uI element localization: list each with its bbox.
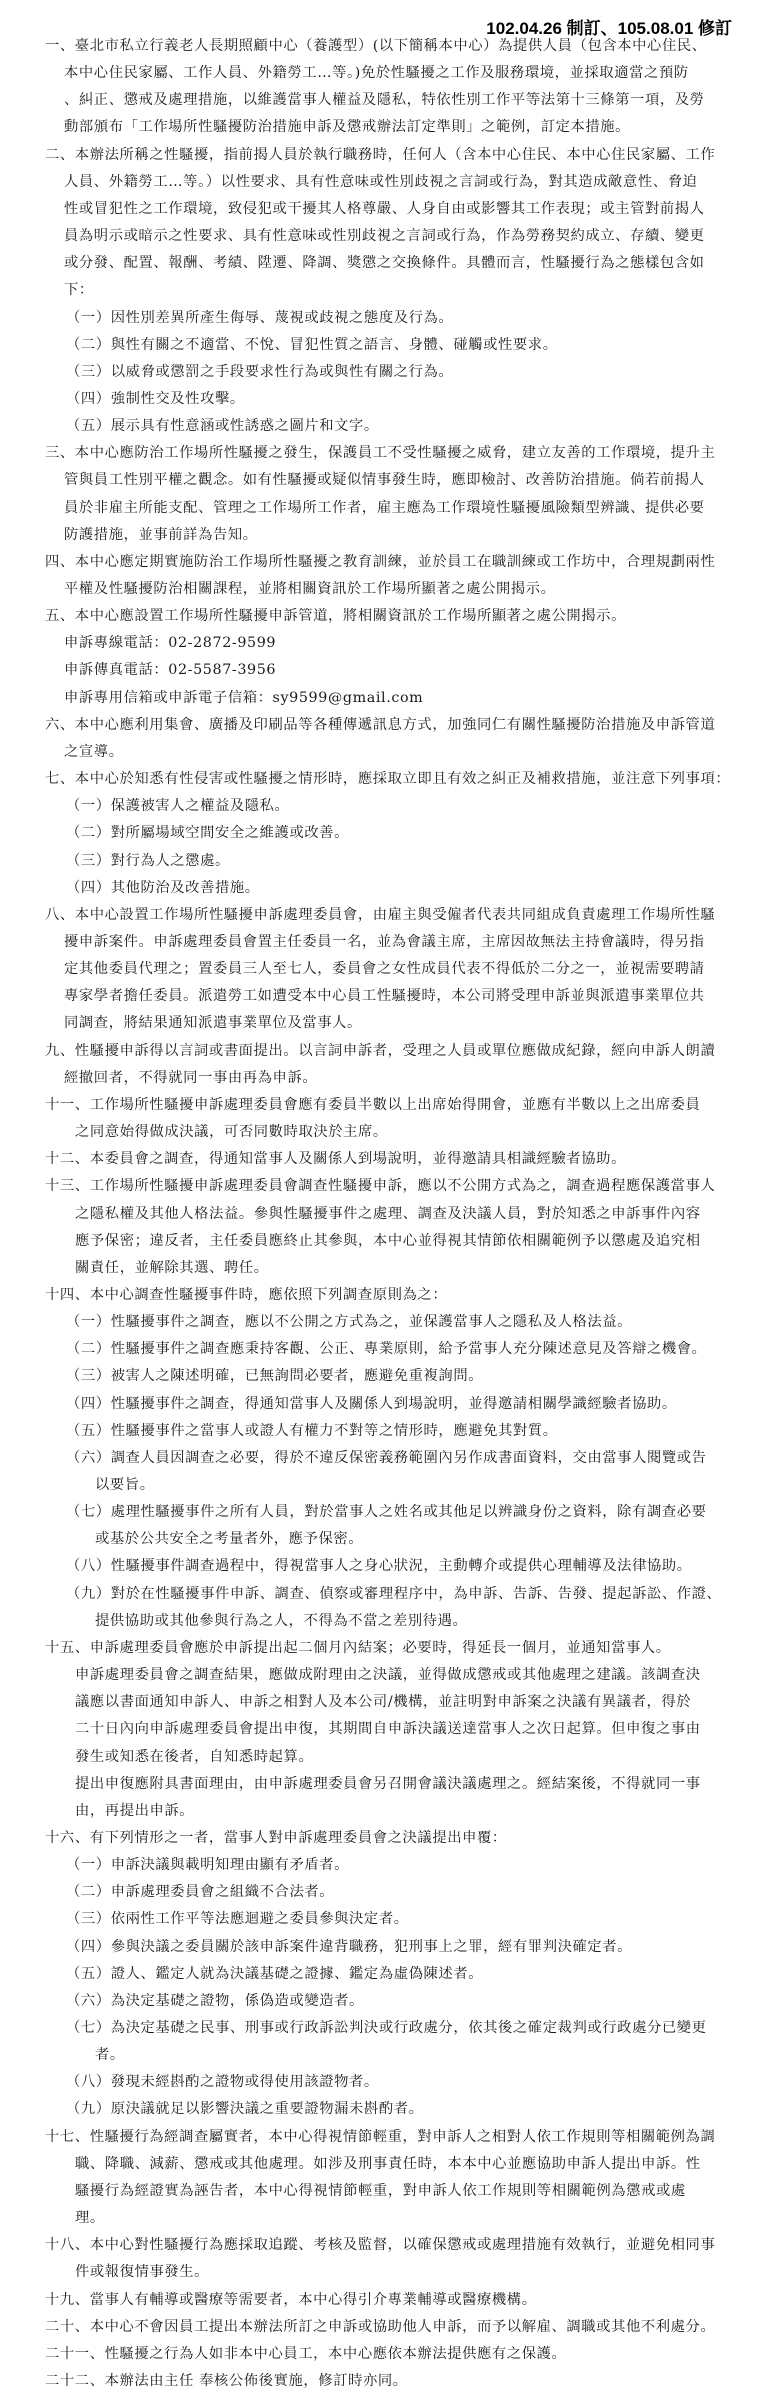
document-line: （五）展示具有性意涵或性誘惑之圖片和文字。: [66, 416, 379, 436]
document-line: 二十二、本辦法由主任 奉核公佈後實施，修訂時亦同。: [45, 2371, 408, 2391]
document-line: 四、本中心應定期實施防治工作場所性騷擾之教育訓練，並於員工在職訓練或工作坊中，合…: [45, 552, 715, 572]
document-line: 管與員工性別平權之觀念。如有性騷擾或疑似情事發生時，應即檢討、改善防治措施。倘若…: [64, 470, 705, 490]
document-line: （一）保護被害人之權益及隱私。: [66, 796, 289, 816]
document-line: （八）性騷擾事件調查過程中，得視當事人之身心狀況，主動轉介或提供心理輔導及法律協…: [66, 1556, 692, 1576]
document-line: 員於非雇主所能支配、管理之工作場所工作者，雇主應為工作環境性騷擾風險類型辨識、提…: [64, 498, 705, 518]
document-line: 發生或知悉在後者，自知悉時起算。: [75, 1747, 313, 1767]
document-line: 之同意始得做成決議，可否同數時取決於主席。: [75, 1122, 388, 1142]
document-line: （七）為決定基礎之民事、刑事或行政訴訟判決或行政處分，依其後之確定裁判或行政處分…: [66, 2018, 707, 2038]
document-line: （二）申訴處理委員會之組織不合法者。: [66, 1882, 334, 1902]
document-line: （五）性騷擾事件之當事人或證人有權力不對等之情形時，應避免其對質。: [66, 1421, 558, 1441]
document-line: 十一、工作場所性騷擾申訴處理委員會應有委員半數以上出席始得開會，並應有半數以上之…: [45, 1095, 700, 1115]
document-line: （四）強制性交及性攻擊。: [66, 389, 245, 409]
document-line: （三）以威脅或懲罰之手段要求性行為或與性有關之行為。: [66, 362, 453, 382]
document-line: 性或冒犯性之工作環境，致侵犯或干擾其人格尊嚴、人身自由或影響其工作表現；或主管對…: [64, 199, 705, 219]
document-line: （四）其他防治及改善措施。: [66, 878, 260, 898]
document-line: 申訴專線電話：02-2872-9599: [64, 633, 276, 653]
document-line: 提出申復應附具書面理由，由申訴處理委員會另召開會議決議處理之。經結案後，不得就同…: [75, 1774, 701, 1794]
document-line: 提供協助或其他參與行為之人，不得為不當之差別待遇。: [95, 1611, 467, 1631]
document-line: 十四、本中心調查性騷擾事件時，應依照下列調查原則為之：: [45, 1285, 447, 1305]
document-line: 一、臺北市私立行義老人長期照顧中心（養護型）(以下簡稱本中心）為提供人員（包含本…: [45, 36, 707, 56]
document-line: （六）調查人員因調查之必要，得於不違反保密義務範圍內另作成書面資料，交由當事人閱…: [66, 1448, 707, 1468]
document-line: （九）對於在性騷擾事件申訴、調查、偵察或審理程序中，為申訴、告訴、告發、提起訴訟…: [66, 1584, 721, 1604]
document-line: 員為明示或暗示之性要求、具有性意味或性別歧視之言詞或行為，作為勞務契約成立、存續…: [64, 226, 705, 246]
document-line: 二、本辦法所稱之性騷擾，指前揭人員於執行職務時，任何人（含本中心住民、本中心住民…: [45, 145, 715, 165]
document-line: 九、性騷擾申訴得以言詞或書面提出。以言詞申訴者，受理之人員或單位應做成紀錄，經向…: [45, 1041, 715, 1061]
document-line: 人員、外籍勞工…等。）以性要求、具有性意味或性別歧視之言詞或行為，對其造成敵意性…: [64, 172, 697, 192]
document-line: 以要旨。: [95, 1475, 155, 1495]
document-line: （四）性騷擾事件之調查，得通知當事人及關係人到場說明，並得邀請相關學識經驗者協助…: [66, 1394, 677, 1414]
document-line: 十三、工作場所性騷擾申訴處理委員會調查性騷擾申訴，應以不公開方式為之，調查過程應…: [45, 1176, 715, 1196]
document-line: 件或報復情事發生。: [75, 2262, 209, 2282]
document-line: 十七、性騷擾行為經調查屬實者，本中心得視情節輕重，對申訴人之相對人依工作規則等相…: [45, 2127, 715, 2147]
document-line: （三）對行為人之懲處。: [66, 851, 230, 871]
document-line: 由，再提出申訴。: [75, 1801, 194, 1821]
document-line: 十八、本中心對性騷擾行為應採取追蹤、考核及監督，以確保懲戒或處理措施有效執行，並…: [45, 2235, 715, 2255]
document-line: （一）申訴決議與載明知理由顯有矛盾者。: [66, 1855, 349, 1875]
document-line: 關責任，並解除其選、聘任。: [75, 1258, 269, 1278]
document-line: 議應以書面通知申訴人、申訴之相對人及本公司/機構，並註明對申訴案之決議有異議者，…: [75, 1692, 691, 1712]
document-line: 專家學者擔任委員。派遣勞工如遭受本中心員工性騷擾時，本公司將受理申訴並與派遣事業…: [64, 986, 705, 1006]
document-line: 三、本中心應防治工作場所性騷擾之發生，保護員工不受性騷擾之威脅，建立友善的工作環…: [45, 443, 715, 463]
document-line: 經撤回者，不得就同一事由再為申訴。: [64, 1068, 317, 1088]
document-line: 申訴傳真電話：02-5587-3956: [64, 660, 276, 680]
document-line: 六、本中心應利用集會、廣播及印刷品等各種傳遞訊息方式，加強同仁有關性騷擾防治措施…: [45, 715, 715, 735]
document-line: 二十、本中心不會因員工提出本辦法所訂之申訴或協助他人申訴，而予以解雇、調職或其他…: [45, 2317, 715, 2337]
document-line: 下：: [64, 280, 94, 300]
document-line: 平權及性騷擾防治相關課程，並將相關資訊於工作場所顯著之處公開揭示。: [64, 579, 556, 599]
document-line: 申訴處理委員會之調查結果，應做成附理由之決議，並得做成懲戒或其他處理之建議。該調…: [75, 1665, 701, 1685]
document-line: 、糾正、懲戒及處理措施，以維護當事人權益及隱私，特依性別工作平等法第十三條第一項…: [64, 90, 705, 110]
document-line: 同調查，將結果通知派遣事業單位及當事人。: [64, 1013, 362, 1033]
document-line: 十二、本委員會之調查，得通知當事人及關係人到場說明，並得邀請具相識經驗者協助。: [45, 1149, 626, 1169]
document-line: 防護措施，並事前詳為告知。: [64, 525, 258, 545]
document-line: 八、本中心設置工作場所性騷擾申訴處理委員會，由雇主與受僱者代表共同組成負責處理工…: [45, 905, 715, 925]
document-line: 定其他委員代理之；置委員三人至七人，委員會之女性成員代表不得低於二分之一，並視需…: [64, 959, 705, 979]
document-line: 十九、當事人有輔導或醫療等需要者，本中心得引介專業輔導或醫療機構。: [45, 2290, 537, 2310]
document-line: 二十一、性騷擾之行為人如非本中心員工，本中心應依本辦法提供應有之保護。: [45, 2344, 566, 2364]
document-line: （六）為決定基礎之證物，係偽造或變造者。: [66, 1991, 364, 2011]
document-line: 職、降職、減薪、懲戒或其他處理。如涉及刑事責任時，本本中心並應協助申訴人提出申訴…: [75, 2154, 701, 2174]
document-line: 或基於公共安全之考量者外，應予保密。: [95, 1529, 363, 1549]
document-line: （三）依兩性工作平等法應迴避之委員參與決定者。: [66, 1909, 409, 1929]
document-line: 二十日內向申訴處理委員會提出申復，其期間自申訴決議送達當事人之次日起算。但申復之…: [75, 1719, 701, 1739]
document-line: （五）證人、鑑定人就為決議基礎之證據、鑑定為虛偽陳述者。: [66, 1964, 483, 1984]
document-line: （九）原決議就足以影響決議之重要證物漏未斟酌者。: [66, 2099, 424, 2119]
document-line: 之宣導。: [64, 742, 124, 762]
document-line: 應予保密；違反者，主任委員應終止其參與，本中心並得視其情節依相關範例予以懲處及追…: [75, 1231, 701, 1251]
document-line: （二）對所屬場域空間安全之維護或改善。: [66, 823, 349, 843]
document-line: 十六、有下列情形之一者，當事人對申訴處理委員會之決議提出申覆：: [45, 1828, 507, 1848]
document-line: （四）參與決議之委員關於該申訴案件違背職務，犯刑事上之罪，經有罪判決確定者。: [66, 1937, 632, 1957]
document-line: 或分發、配置、報酬、考績、陞遷、降調、獎懲之交換條件。具體而言，性騷擾行為之態樣…: [64, 253, 705, 273]
document-line: （三）被害人之陳述明確，已無詢問必要者，應避免重複詢問。: [66, 1366, 483, 1386]
document-line: 七、本中心於知悉有性侵害或性騷擾之情形時，應採取立即且有效之糾正及補救措施，並注…: [45, 769, 730, 789]
document-line: （七）處理性騷擾事件之所有人員，對於當事人之姓名或其他足以辨識身份之資料，除有調…: [66, 1502, 707, 1522]
document-line: （一）因性別差異所產生侮辱、蔑視或歧視之態度及行為。: [66, 308, 453, 328]
document-line: 者。: [95, 2045, 125, 2065]
document-line: （二）性騷擾事件之調查應秉持客觀、公正、專業原則，給予當事人充分陳述意見及答辯之…: [66, 1339, 707, 1359]
document-line: （二）與性有關之不適當、不悅、冒犯性質之語言、身體、碰觸或性要求。: [66, 335, 558, 355]
document-line: （八）發現未經斟酌之證物或得使用該證物者。: [66, 2072, 379, 2092]
document-line: 理。: [75, 2208, 105, 2228]
document-line: （一）性騷擾事件之調查，應以不公開之方式為之，並保護當事人之隱私及人格法益。: [66, 1312, 632, 1332]
document-line: 騷擾行為經證實為誣告者，本中心得視情節輕重，對申訴人依工作規則等相關範例為懲戒或…: [75, 2181, 686, 2201]
document-line: 擾申訴案件。申訴處理委員會置主任委員一名，並為會議主席，主席因故無法主持會議時，…: [64, 932, 705, 952]
document-line: 動部頒布「工作場所性騷擾防治措施申訴及懲戒辦法訂定準則」之範例，訂定本措施。: [64, 117, 630, 137]
document-line: 十五、申訴處理委員會應於申訴提出起二個月內結案；必要時，得延長一個月，並通知當事…: [45, 1638, 671, 1658]
document-line: 五、本中心應設置工作場所性騷擾申訴管道，將相關資訊於工作場所顯著之處公開揭示。: [45, 606, 626, 626]
document-line: 之隱私權及其他人格法益。參與性騷擾事件之處理、調查及決議人員，對於知悉之申訴事件…: [75, 1204, 701, 1224]
document-line: 本中心住民家屬、工作人員、外籍勞工…等。)免於性騷擾之工作及服務環境，並採取適當…: [64, 63, 689, 83]
document-line: 申訴專用信箱或申訴電子信箱：sy9599@gmail.com: [64, 688, 423, 708]
